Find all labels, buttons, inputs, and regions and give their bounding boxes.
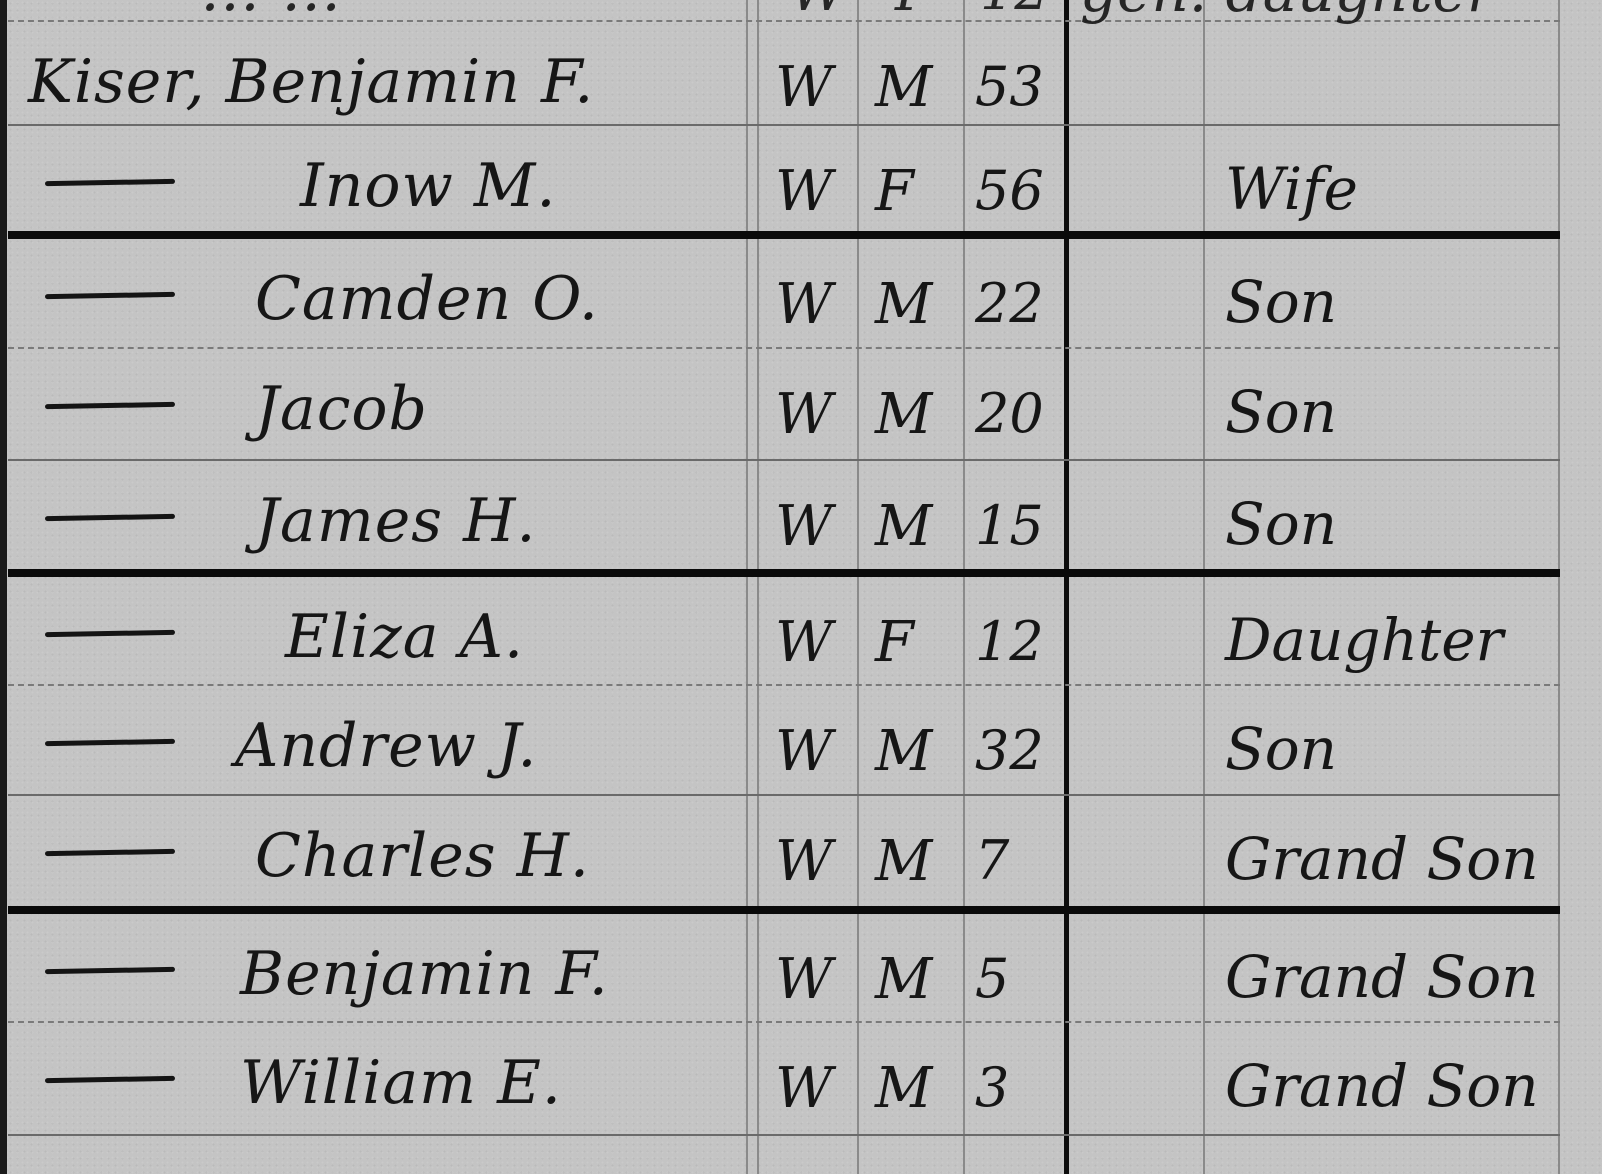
table-row: Kiser, Benjamin F.WM53 <box>0 22 1602 134</box>
age-cell: 7 <box>975 834 1009 888</box>
age-cell: 5 <box>975 952 1009 1006</box>
table-row: JacobWM20Son <box>0 349 1602 461</box>
age-cell: 56 <box>975 164 1044 218</box>
race-cell: W <box>775 615 833 671</box>
name-cell: Eliza A. <box>285 607 524 667</box>
sex-cell: F <box>875 164 914 220</box>
table-row: William E.WM3Grand Son <box>0 1023 1602 1135</box>
name-cell: Camden O. <box>255 269 599 329</box>
relation-cell: Wife <box>1225 160 1358 218</box>
race-cell: W <box>775 387 833 443</box>
ditto-dash-mark <box>45 514 175 521</box>
ditto-dash-mark <box>45 739 175 746</box>
table-row: Charles H.WM7Grand Son <box>0 796 1602 908</box>
race-cell: W <box>775 60 833 116</box>
name-cell: William E. <box>240 1053 562 1113</box>
relation-cell: Son <box>1225 495 1337 553</box>
sex-cell: M <box>875 1061 932 1117</box>
age-cell: 12 <box>975 615 1044 669</box>
name-cell: Benjamin F. <box>240 944 609 1004</box>
race-cell: W <box>775 952 833 1008</box>
ditto-dash-mark <box>45 402 175 409</box>
ditto-dash-mark <box>45 1076 175 1083</box>
sex-cell: M <box>875 499 932 555</box>
age-cell: 12 <box>980 0 1049 18</box>
table-row: Eliza A.WF12Daughter <box>0 577 1602 689</box>
age-cell: 20 <box>975 387 1044 441</box>
relation-cell: Son <box>1225 383 1337 441</box>
relation-cell: gen. daughter <box>1080 0 1495 20</box>
name-cell: Charles H. <box>255 826 590 886</box>
relation-cell: Daughter <box>1225 611 1503 669</box>
relation-cell: Son <box>1225 720 1337 778</box>
name-cell: … … <box>200 0 342 20</box>
relation-cell: Son <box>1225 273 1337 331</box>
relation-cell: Grand Son <box>1225 1057 1539 1115</box>
table-row: Andrew J.WM32Son <box>0 686 1602 798</box>
name-cell: Inow M. <box>300 156 556 216</box>
sex-cell: M <box>875 952 932 1008</box>
sex-cell: F <box>875 615 914 671</box>
age-cell: 53 <box>975 60 1044 114</box>
sex-cell: M <box>875 387 932 443</box>
race-cell: W <box>775 499 833 555</box>
age-cell: 3 <box>975 1061 1009 1115</box>
table-row: James H.WM15Son <box>0 461 1602 573</box>
relation-cell: Grand Son <box>1225 948 1539 1006</box>
ditto-dash-mark <box>45 292 175 299</box>
ditto-dash-mark <box>45 179 175 186</box>
race-cell: W <box>775 277 833 333</box>
table-row: Inow M.WF56Wife <box>0 126 1602 238</box>
race-cell: W <box>775 724 833 780</box>
race-cell: W <box>790 0 848 20</box>
table-row-partial: … … W F 12 gen. daughter <box>0 0 1602 20</box>
census-sheet: … … W F 12 gen. daughter Kiser, Benjamin… <box>0 0 1602 1174</box>
name-cell: Andrew J. <box>235 716 537 776</box>
name-cell: Jacob <box>255 379 428 439</box>
ditto-dash-mark <box>45 967 175 974</box>
sex-cell: M <box>875 60 932 116</box>
age-cell: 32 <box>975 724 1044 778</box>
sex-cell: M <box>875 834 932 890</box>
age-cell: 22 <box>975 277 1044 331</box>
relation-cell: Grand Son <box>1225 830 1539 888</box>
table-row: Benjamin F.WM5Grand Son <box>0 914 1602 1026</box>
name-cell: Kiser, Benjamin F. <box>28 52 594 112</box>
sex-cell: M <box>875 724 932 780</box>
ditto-dash-mark <box>45 630 175 637</box>
race-cell: W <box>775 164 833 220</box>
age-cell: 15 <box>975 499 1044 553</box>
sex-cell: F <box>895 0 934 20</box>
race-cell: W <box>775 1061 833 1117</box>
ditto-dash-mark <box>45 849 175 856</box>
name-cell: James H. <box>255 491 537 551</box>
table-row: Camden O.WM22Son <box>0 239 1602 351</box>
sex-cell: M <box>875 277 932 333</box>
race-cell: W <box>775 834 833 890</box>
